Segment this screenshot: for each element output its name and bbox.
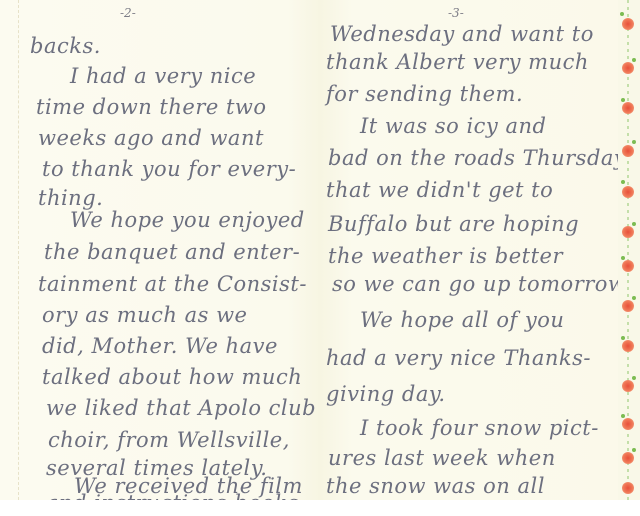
handwritten-line: for sending them. <box>326 82 523 106</box>
letter-page-3: -3- Wednesday and want to thank Albert v… <box>320 0 620 500</box>
flower-icon <box>622 482 634 494</box>
handwritten-line: backs. <box>30 34 101 58</box>
handwritten-line: tainment at the Consist- <box>38 272 307 296</box>
leaf-icon <box>621 180 625 184</box>
handwritten-line: we liked that Apolo club <box>46 396 316 420</box>
handwritten-line: thank Albert very much <box>326 50 589 74</box>
handwritten-line: time down there two <box>36 95 267 119</box>
letter-scan: -2- backs. I had a very nice time down t… <box>0 0 640 516</box>
flower-icon <box>622 380 634 392</box>
letter-page-2: -2- backs. I had a very nice time down t… <box>12 0 317 500</box>
leaf-icon <box>632 296 636 300</box>
flower-icon <box>622 300 634 312</box>
flower-icon <box>622 186 634 198</box>
leaf-icon <box>621 98 625 102</box>
handwritten-line: It was so icy and <box>360 114 546 138</box>
handwritten-line: the snow was on all <box>326 474 545 498</box>
handwritten-line: to thank you for every- <box>42 157 296 181</box>
handwritten-line: that we didn't get to <box>326 178 553 202</box>
scan-margin <box>0 500 640 516</box>
handwritten-line: thing. <box>38 186 103 210</box>
flower-icon <box>622 452 634 464</box>
handwritten-line: ory as much as we <box>42 303 247 327</box>
handwritten-line: giving day. <box>326 382 446 406</box>
flower-icon <box>622 340 634 352</box>
handwritten-line: choir, from Wellsville, <box>48 428 290 452</box>
handwritten-line: so we can go up tomorrow <box>332 272 626 296</box>
floral-border-icon <box>618 0 640 500</box>
handwritten-line: I took four snow pict- <box>360 416 599 440</box>
handwritten-line: I had a very nice <box>70 64 256 88</box>
leaf-icon <box>632 58 636 62</box>
flower-icon <box>622 145 634 157</box>
handwritten-line: Buffalo but are hoping <box>328 212 579 236</box>
handwritten-line: weeks ago and want <box>38 126 264 150</box>
handwritten-line: ures last week when <box>328 446 556 470</box>
flower-icon <box>622 102 634 114</box>
leaf-icon <box>632 222 636 226</box>
flower-icon <box>622 418 634 430</box>
handwritten-line: bad on the roads Thursday <box>328 146 626 170</box>
leaf-icon <box>632 448 636 452</box>
handwritten-line: the weather is better <box>328 244 563 268</box>
leaf-icon <box>632 376 636 380</box>
flower-icon <box>622 18 634 30</box>
handwritten-line: Wednesday and want to <box>330 22 594 46</box>
flower-icon <box>622 226 634 238</box>
leaf-icon <box>621 414 625 418</box>
handwritten-line: had a very nice Thanks- <box>326 346 591 370</box>
handwritten-line: the banquet and enter- <box>44 240 300 264</box>
flower-icon <box>622 62 634 74</box>
handwritten-line: did, Mother. We have <box>42 334 278 358</box>
leaf-icon <box>620 12 624 16</box>
flower-icon <box>622 260 634 272</box>
leaf-icon <box>621 336 625 340</box>
handwritten-line: talked about how much <box>42 365 302 389</box>
page-number: -3- <box>448 6 464 20</box>
handwritten-line: We hope you enjoyed <box>70 208 305 232</box>
leaf-icon <box>632 140 636 144</box>
leaf-icon <box>621 256 625 260</box>
page-number: -2- <box>120 6 136 20</box>
handwritten-line: We hope all of you <box>360 308 564 332</box>
